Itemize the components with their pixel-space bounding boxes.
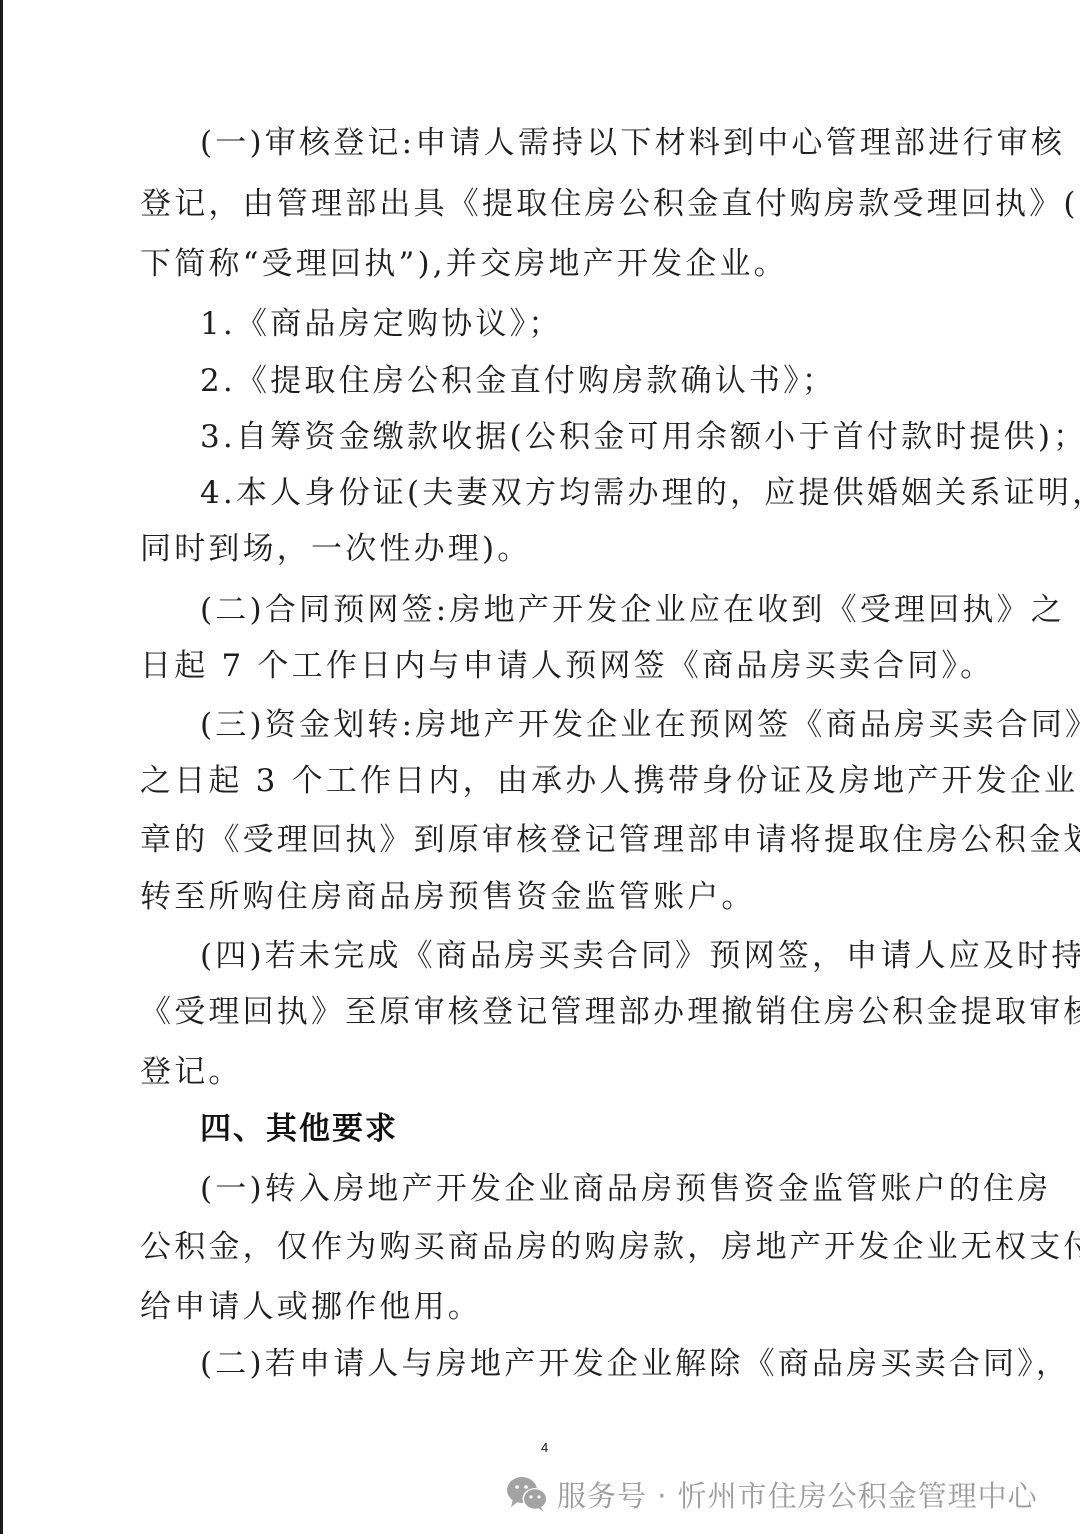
paragraph-line: 公积金，仅作为购买商品房的购房款，房地产开发企业无权支付 [140,1227,966,1267]
list-item-4-continued: 同时到场，一次性办理)。 [140,529,966,569]
document-page: (一)审核登记:申请人需持以下材料到中心管理部进行审核 登记，由管理部出具《提取… [0,0,1080,1534]
paragraph-line: (一)转入房地产开发企业商品房预售资金监管账户的住房 [200,1169,966,1209]
paragraph-line: 登记，由管理部出具《提取住房公积金直付购房款受理回执》(以 [140,184,966,224]
list-item-1: 1.《商品房定购协议》； [200,304,966,344]
paragraph-line: (四)若未完成《商品房买卖合同》预网签，申请人应及时持 [200,936,966,976]
paragraph-line: (二)若申请人与房地产开发企业解除《商品房买卖合同》， [200,1344,966,1384]
paragraph-line: 日起 7 个工作日内与申请人预网签《商品房买卖合同》。 [140,646,966,686]
paragraph-line: 章的《受理回执》到原审核登记管理部申请将提取住房公积金划 [140,820,966,860]
paragraph-line: 之日起 3 个工作日内，由承办人携带身份证及房地产开发企业盖 [140,761,966,801]
wechat-icon [505,1474,549,1514]
paragraph-line: 给申请人或挪作他用。 [140,1287,966,1327]
paragraph-line: 《受理回执》至原审核登记管理部办理撤销住房公积金提取审核 [140,992,966,1032]
paragraph-line: (三)资金划转:房地产开发企业在预网签《商品房买卖合同》 [200,705,966,745]
list-item-2: 2.《提取住房公积金直付购房款确认书》； [200,361,966,401]
watermark-text: 服务号 · 忻州市住房公积金管理中心 [557,1474,1038,1515]
wechat-watermark: 服务号 · 忻州市住房公积金管理中心 [505,1466,1038,1522]
paragraph-line: 下简称“受理回执”),并交房地产开发企业。 [140,244,966,284]
paragraph-line: 登记。 [140,1052,966,1092]
section-heading: 四、其他要求 [200,1109,398,1149]
paragraph-line: (二)合同预网签:房地产开发企业应在收到《受理回执》之 [200,590,966,630]
page-number: 4 [541,1440,548,1455]
list-item-4: 4.本人身份证(夫妻双方均需办理的，应提供婚姻关系证明， [200,473,966,513]
paragraph-line: 转至所购住房商品房预售资金监管账户。 [140,877,966,917]
list-item-3: 3.自筹资金缴款收据(公积金可用余额小于首付款时提供)； [200,417,966,457]
paragraph-line: (一)审核登记:申请人需持以下材料到中心管理部进行审核 [200,123,966,163]
